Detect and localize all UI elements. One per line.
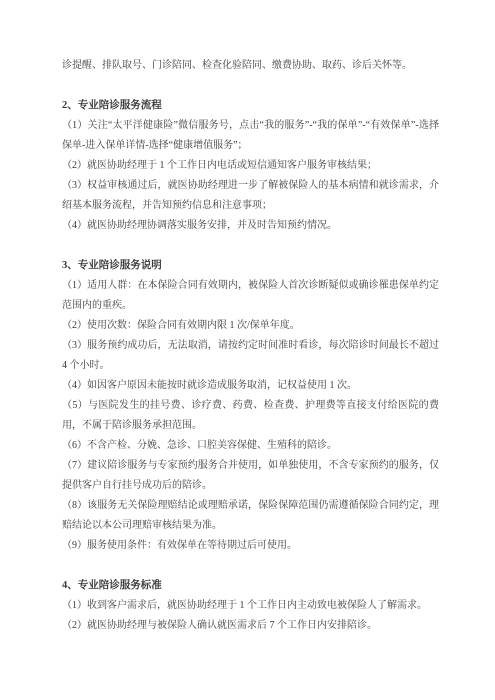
section-heading-service-standard: 4、专业陪诊服务标准 bbox=[62, 576, 439, 596]
note-item-8: （8）该服务无关保险理赔结论或理赔承诺，保险保障范围仍需遵循保险合同约定，理赔结… bbox=[62, 496, 439, 536]
process-step-3: （3）权益审核通过后，就医协助经理进一步了解被保险人的基本病情和就诊需求，介绍基… bbox=[62, 176, 439, 216]
section-heading-service-process: 2、专业陪诊服务流程 bbox=[62, 96, 439, 116]
standard-item-1: （1）收到客户需求后，就医协助经理于 1 个工作日内主动致电被保险人了解需求。 bbox=[62, 596, 439, 616]
process-step-1: （1）关注“太平洋健康险”微信服务号，点击“我的服务”-“我的保单”-“有效保单… bbox=[62, 116, 439, 156]
standard-item-2: （2）就医协助经理与被保险人确认就医需求后 7 个工作日内安排陪诊。 bbox=[62, 616, 439, 636]
note-item-5: （5）与医院发生的挂号费、诊疗费、药费、检查费、护理费等直接支付给医院的费用，不… bbox=[62, 396, 439, 436]
intro-paragraph: 诊提醒、排队取号、门诊陪同、检查化验陪同、缴费协助、取药、诊后关怀等。 bbox=[62, 56, 439, 76]
document-body: 诊提醒、排队取号、门诊陪同、检查化验陪同、缴费协助、取药、诊后关怀等。 2、专业… bbox=[62, 56, 439, 636]
note-item-7: （7）建议陪诊服务与专家预约服务合并使用，如单独使用，不含专家预约的服务，仅提供… bbox=[62, 456, 439, 496]
note-item-2: （2）使用次数：保险合同有效期内限 1 次/保单年度。 bbox=[62, 316, 439, 336]
note-item-3: （3）服务预约成功后，无法取消，请按约定时间准时看诊，每次陪诊时间最长不超过 4… bbox=[62, 336, 439, 376]
note-item-9: （9）服务使用条件：有效保单在等待期过后可使用。 bbox=[62, 536, 439, 556]
note-item-1: （1）适用人群：在本保险合同有效期内，被保险人首次诊断疑似或确诊罹患保单约定范围… bbox=[62, 276, 439, 316]
process-step-4: （4）就医协助经理协调落实服务安排，并及时告知预约情况。 bbox=[62, 216, 439, 236]
section-heading-service-notes: 3、专业陪诊服务说明 bbox=[62, 256, 439, 276]
note-item-4: （4）如因客户原因未能按时就诊造成服务取消，记权益使用 1 次。 bbox=[62, 376, 439, 396]
note-item-6: （6）不含产检、分娩、急诊、口腔美容保健、生殖科的陪诊。 bbox=[62, 436, 439, 456]
process-step-2: （2）就医协助经理于 1 个工作日内电话或短信通知客户服务审核结果； bbox=[62, 156, 439, 176]
